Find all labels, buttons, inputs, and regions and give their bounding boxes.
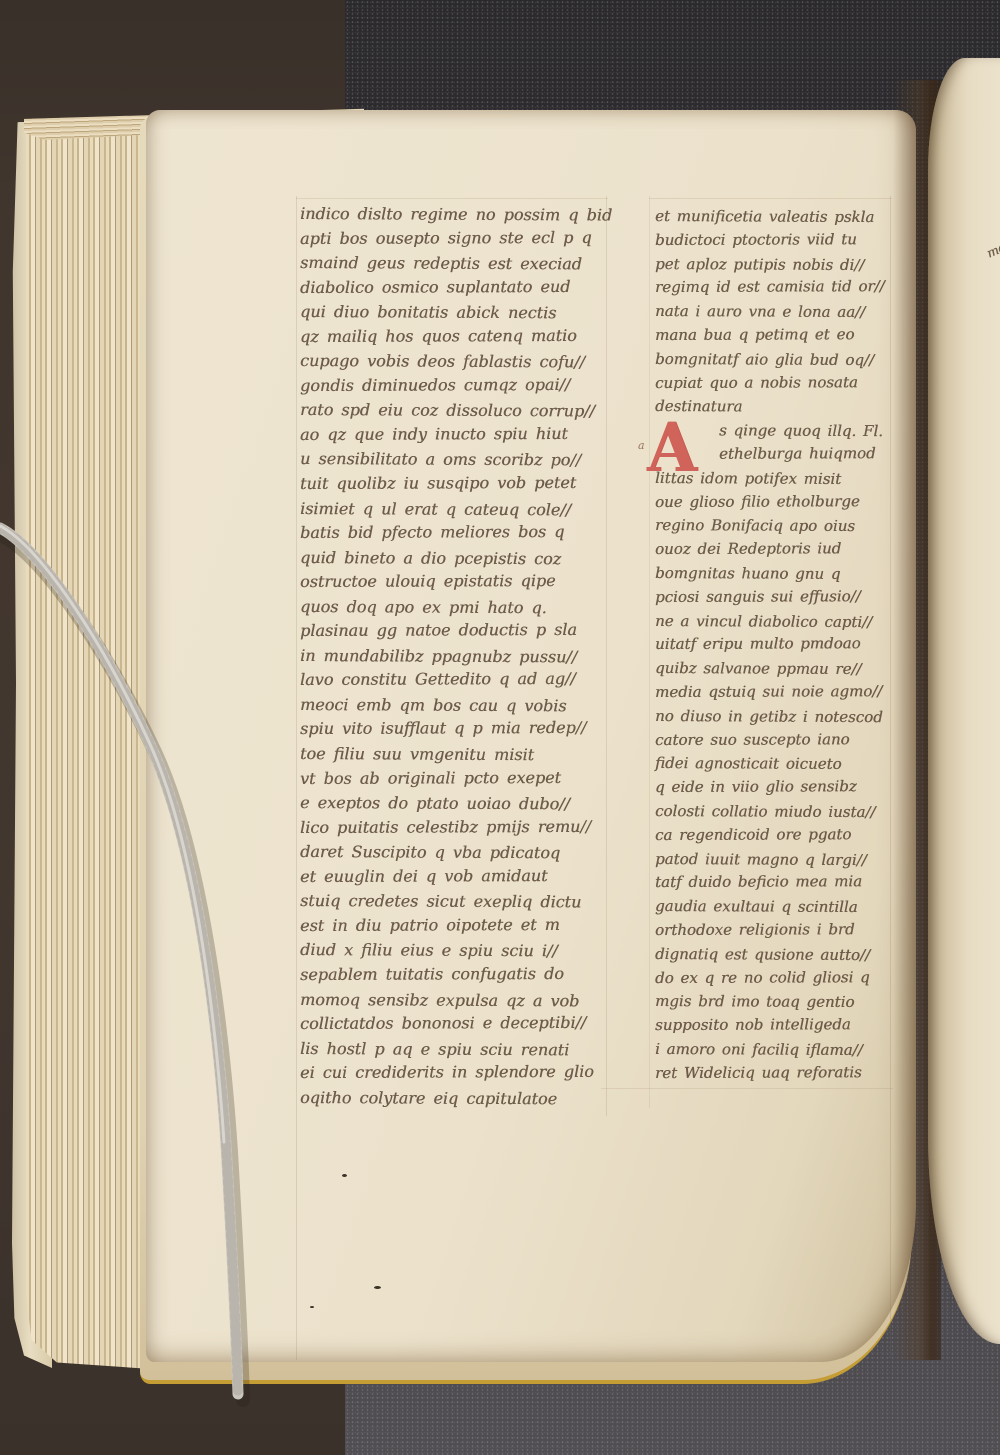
manuscript-photo: indico dislto regime no possim q bidapti… xyxy=(0,0,1000,1455)
cord-braid xyxy=(0,528,238,1394)
bookmark-cord xyxy=(0,0,1000,1455)
